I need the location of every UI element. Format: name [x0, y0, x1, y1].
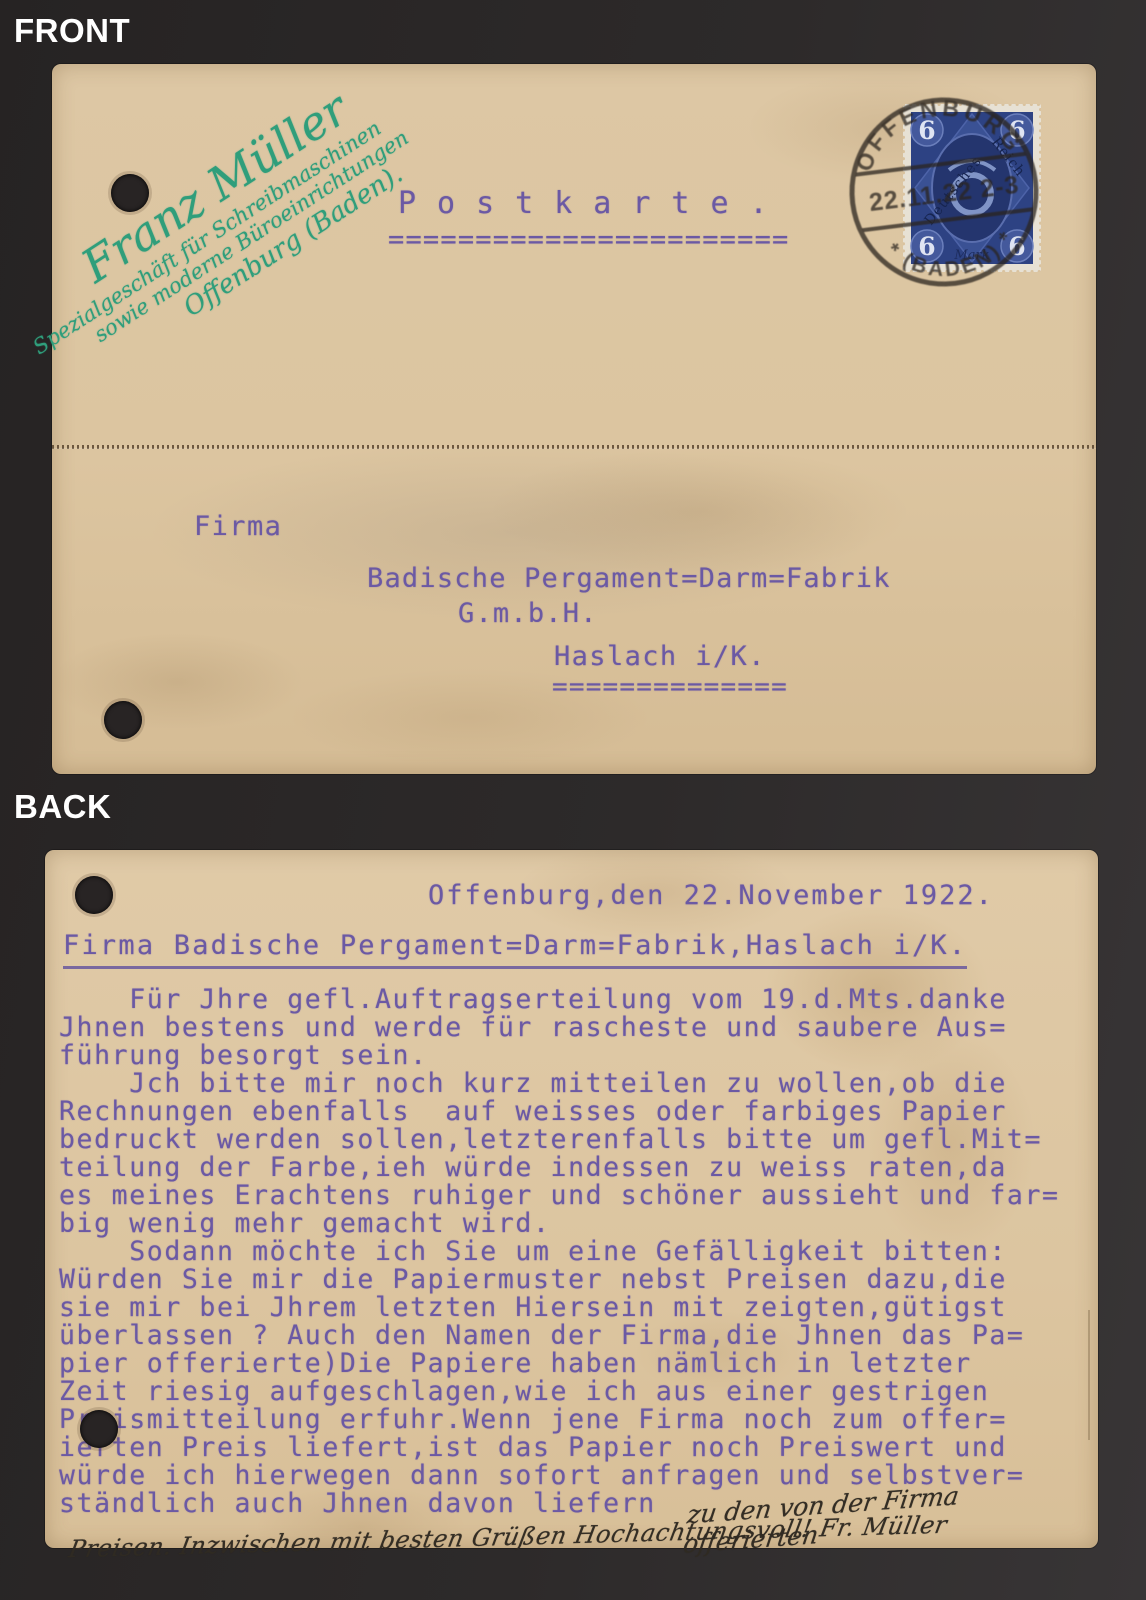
typed-line: Sodann möchte ich Sie um eine Gefälligke… — [59, 1238, 1060, 1266]
postcard-back: Offenburg,den 22.November 1922. Firma Ba… — [45, 850, 1098, 1548]
postmark: OFFENBURG * (BADEN) * 22.11.22 2-3 — [833, 81, 1056, 304]
typed-line: bedruckt werden sollen,letzterenfalls bi… — [59, 1126, 1060, 1154]
punch-hole — [111, 174, 149, 212]
typed-line: Zeit riesig aufgeschlagen,wie ich aus ei… — [59, 1378, 1060, 1406]
typed-line: es meines Erachtens ruhiger und schöner … — [59, 1182, 1060, 1210]
typed-line: ierten Preis liefert,ist das Papier noch… — [59, 1434, 1060, 1462]
address-company-form: G.m.b.H. — [458, 598, 598, 629]
punch-hole — [104, 701, 142, 739]
postmark-date: 22.11.22 2-3 — [868, 171, 1021, 217]
front-label: FRONT — [14, 12, 130, 50]
salutation-line: Firma Badische Pergament=Darm=Fabrik,Has… — [63, 930, 967, 969]
typed-line: führung besorgt sein. — [59, 1042, 1060, 1070]
postmark-graphic: OFFENBURG * (BADEN) * 22.11.22 2-3 — [833, 81, 1056, 304]
typed-line: Jhnen bestens und werde für rascheste un… — [59, 1014, 1060, 1042]
typed-line: Für Jhre gefl.Auftragserteilung vom 19.d… — [59, 986, 1060, 1014]
typed-line: Rechnungen ebenfalls auf weisses oder fa… — [59, 1098, 1060, 1126]
typed-line: pier offerierte)Die Papiere haben nämlic… — [59, 1350, 1060, 1378]
address-city: Haslach i/K. — [554, 641, 766, 672]
postkarte-underline: ======================= — [388, 224, 789, 255]
typed-line: Preismitteilung erfuhr.Wenn jene Firma n… — [59, 1406, 1060, 1434]
typed-line: teilung der Farbe,ieh würde indessen zu … — [59, 1154, 1060, 1182]
scanned-postcard-listing: { "page": { "front_label": "FRONT", "bac… — [0, 0, 1146, 1600]
typed-line: überlassen ? Auch den Namen der Firma,di… — [59, 1322, 1060, 1350]
postcard-front: Franz Müller Spezialgeschäft für Schreib… — [52, 64, 1096, 774]
perforation-seam — [52, 445, 1096, 449]
letter-body: Für Jhre gefl.Auftragserteilung vom 19.d… — [59, 986, 1060, 1518]
postmark-region: * (BADEN) * — [880, 224, 1023, 289]
date-line: Offenburg,den 22.November 1922. — [428, 880, 994, 911]
address-intro: Firma — [194, 511, 282, 542]
punch-hole — [80, 1410, 118, 1448]
punch-hole — [75, 876, 113, 914]
postkarte-title: Postkarte. — [398, 186, 789, 221]
paper-crease — [1088, 1310, 1090, 1440]
typed-line: sie mir bei Jhrem letzten Hiersein mit z… — [59, 1294, 1060, 1322]
address-underline: ============== — [552, 672, 788, 702]
typed-line: Jch bitte mir noch kurz mitteilen zu wol… — [59, 1070, 1060, 1098]
back-label: BACK — [14, 788, 111, 826]
address-company: Badische Pergament=Darm=Fabrik — [367, 563, 891, 594]
sender-business-line: Spezialgeschäft für Schreibmaschinen — [29, 69, 458, 359]
typed-line: big wenig mehr gemacht wird. — [59, 1210, 1060, 1238]
typed-line: Würden Sie mir die Papiermuster nebst Pr… — [59, 1266, 1060, 1294]
